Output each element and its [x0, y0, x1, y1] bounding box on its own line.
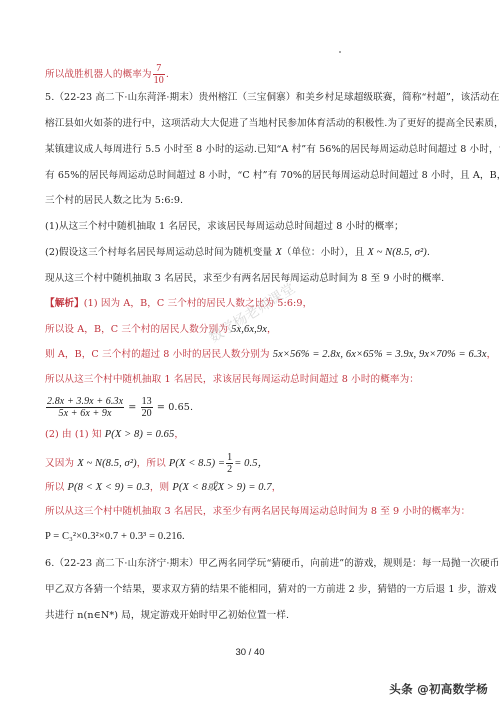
- denominator: 10: [153, 75, 165, 86]
- math-expr: P(X < 8或X > 9) = 0.7: [172, 482, 271, 493]
- fraction: 12: [226, 452, 233, 475]
- q5-solution-7: 又因为 X ~ N(8.5, σ²)，所以 P(X < 8.5) =12= 0.…: [45, 452, 268, 475]
- numerator: 2.8x + 3.9x + 6.3x: [46, 396, 124, 408]
- q5-line-4: 有 65%的居民每周运动总时间超过 8 小时，“C 村”有 70%的居民每周运动…: [45, 169, 500, 183]
- q5-solution-4: 所以从这三个村中随机抽取 1 名居民，求该居民每周运动总时间超过 8 小时的概率…: [45, 373, 419, 387]
- math-expr: P(X < 8.5) =: [169, 458, 225, 469]
- brand-watermark: 头条 @初高数学杨: [389, 681, 488, 697]
- q5-line-2: 榕江县如火如荼的进行中，这项活动大大促进了当地村民参加体育活动的积极性.为了更好…: [45, 117, 500, 131]
- q6-line-3: 共进行 n(n∈N*) 局，规定游戏开始时甲乙初始位置一样.: [45, 609, 289, 623]
- fraction: 710: [153, 63, 165, 86]
- q5-solution-3: 则 A，B，C 三个村的超过 8 小时的居民人数分别为 5x×56% = 2.8…: [45, 348, 496, 362]
- equals: =: [125, 402, 139, 413]
- comma: ，: [272, 482, 282, 493]
- solution-tag: 【解析】: [45, 298, 84, 309]
- comma: ，: [487, 349, 497, 360]
- q5-part-2b: 现从这三个村中随机抽取 3 名居民，求至少有两名居民每周运动总时间为 8 至 9…: [45, 272, 444, 286]
- q6-line-2: 甲乙双方各猜一个结果，要求双方猜的结果不能相同，猜对的一方前进 2 步，猜错的一…: [45, 583, 497, 597]
- comma: ，: [267, 324, 277, 335]
- q5-solution-9: 所以从这三个村中随机抽取 3 名居民，求至少有两名居民每周运动总时间为 8 至 …: [45, 505, 470, 519]
- q6-line-1: 6.（22-23 高二下·山东济宁·期末）甲乙两名同学玩“猜硬币，向前进”的游戏…: [45, 557, 500, 571]
- math-expr: X ~ N(8.5, σ²): [77, 458, 136, 469]
- comma: ，: [174, 429, 184, 440]
- denominator: 5x + 6x + 9x: [46, 408, 124, 419]
- q5-solution-6: (2) 由 (1) 知 P(X > 8) = 0.65，: [45, 428, 184, 442]
- q5-solution-8: 所以 P(8 < X < 9) = 0.3，则 P(X < 8或X > 9) =…: [45, 481, 281, 495]
- math-expr: P(X > 8) = 0.65: [105, 429, 175, 440]
- q5-part-2: (2)假设这三个村每名居民每周运动总时间为随机变量 X（单位：小时），且 X ~…: [45, 246, 430, 260]
- q5-part-1: (1)从这三个村中随机抽取 1 名居民，求该居民每周运动总时间超过 8 小时的概…: [45, 220, 404, 234]
- numerator: 13: [141, 396, 153, 408]
- solution-text: ，所以: [137, 458, 169, 469]
- result: = 0.5，: [234, 458, 268, 469]
- solution-text: 所以: [45, 482, 68, 493]
- denominator: 20: [141, 408, 153, 419]
- solution-text: 则 A，B，C 三个村的超过 8 小时的居民人数分别为: [45, 349, 273, 360]
- q5-line-5: 三个村的居民人数之比为 5:6:9.: [45, 194, 183, 208]
- normal-distribution: X ~ N(8.5, σ²): [367, 247, 426, 258]
- q5-solution-5: 2.8x + 3.9x + 6.3x5x + 6x + 9x = 1320 = …: [45, 396, 193, 419]
- speck: [339, 51, 341, 53]
- denominator: 2: [226, 464, 233, 475]
- page-number: 30 / 40: [0, 647, 500, 658]
- numerator: 7: [153, 63, 165, 75]
- result: = 0.65.: [154, 402, 193, 413]
- solution-text: (2) 由 (1) 知: [45, 429, 105, 440]
- part2-unit: （单位：小时），且: [282, 247, 368, 258]
- period: .: [427, 247, 430, 258]
- period: .: [166, 69, 169, 80]
- numerator: 1: [226, 452, 233, 464]
- q5-line-1: 5.（22-23 高二下·山东菏泽·期末）贵州榕江（三宝侗寨）和美乡村足球超级联…: [45, 91, 499, 105]
- fraction: 2.8x + 3.9x + 6.3x5x + 6x + 9x: [46, 396, 124, 419]
- solution-text: ，则: [150, 482, 173, 493]
- part2-text: (2)假设这三个村每名居民每周运动总时间为随机变量: [45, 247, 275, 258]
- prev-conclusion: 所以战胜机器人的概率为710.: [45, 63, 169, 86]
- q5-solution-10: P = C₃²×0.3²×0.7 + 0.3³ = 0.216.: [45, 530, 185, 544]
- document-page: 所以战胜机器人的概率为710. 5.（22-23 高二下·山东菏泽·期末）贵州榕…: [0, 0, 500, 707]
- q5-line-3: 某镇建议成人每周进行 5.5 小时至 8 小时的运动.已知“A 村”有 56%的…: [45, 143, 500, 157]
- math-expr: 5x×56% = 2.8x, 6x×65% = 3.9x, 9x×70% = 6…: [273, 349, 487, 360]
- fraction: 1320: [141, 396, 153, 419]
- math-expr: P(8 < X < 9) = 0.3: [68, 482, 150, 493]
- solution-text: 又因为: [45, 458, 77, 469]
- conclusion-text: 所以战胜机器人的概率为: [45, 69, 152, 80]
- solution-text: 所以设 A，B，C 三个村的居民人数分别为: [45, 324, 231, 335]
